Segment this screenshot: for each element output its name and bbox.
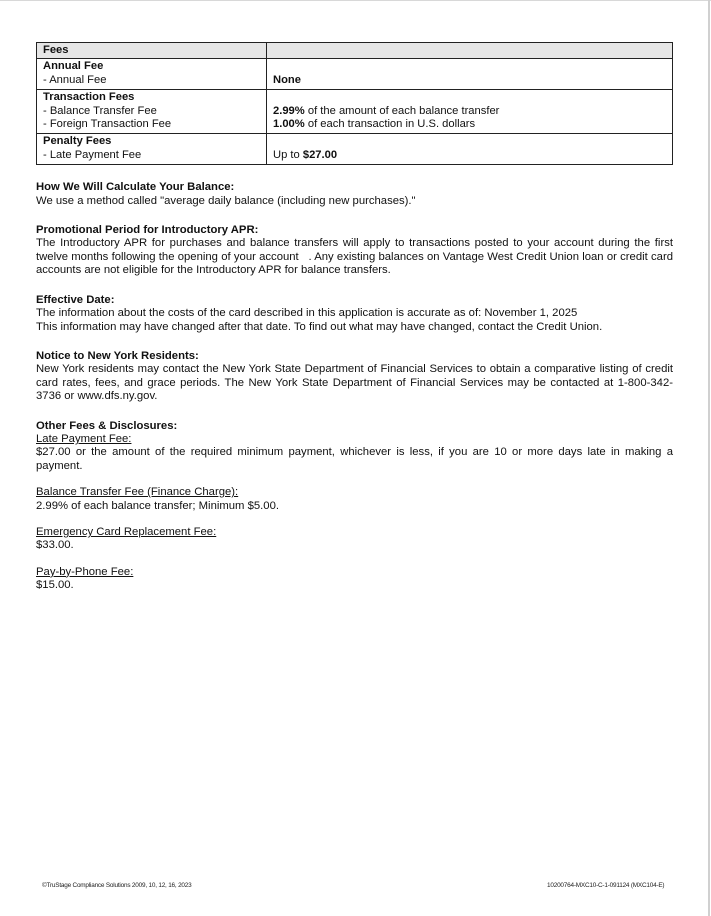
page-edge	[0, 0, 711, 1]
fee-value: 1.00% of each transaction in U.S. dollar…	[273, 118, 666, 131]
fees-table-header: Fees	[37, 43, 673, 59]
section-new-york-notice: Notice to New York Residents: New York r…	[36, 350, 673, 404]
section-text: The information about the costs of the c…	[36, 307, 673, 320]
section-heading: Effective Date:	[36, 294, 673, 307]
other-fee-item: Emergency Card Replacement Fee: $33.00.	[36, 526, 673, 553]
fees-header-label: Fees	[37, 43, 267, 59]
document-page: Fees Annual Fee - Annual Fee None Transa…	[36, 42, 673, 593]
fee-label: - Late Payment Fee	[43, 149, 260, 162]
fee-value: Up to $27.00	[273, 149, 666, 162]
page-edge-right	[708, 0, 710, 916]
fee-label: - Annual Fee	[43, 74, 260, 87]
other-fee-text: $27.00 or the amount of the required min…	[36, 446, 673, 473]
table-row-transaction-fees: Transaction Fees - Balance Transfer Fee …	[37, 90, 673, 134]
section-other-fees: Other Fees & Disclosures: Late Payment F…	[36, 420, 673, 593]
other-fee-title: Balance Transfer Fee (Finance Charge):	[36, 486, 673, 499]
other-fee-item: Balance Transfer Fee (Finance Charge): 2…	[36, 486, 673, 513]
other-fee-item: Pay-by-Phone Fee: $15.00.	[36, 566, 673, 593]
section-text: The Introductory APR for purchases and b…	[36, 237, 673, 277]
section-heading: Notice to New York Residents:	[36, 350, 673, 363]
section-heading: Other Fees & Disclosures:	[36, 420, 673, 433]
section-text: New York residents may contact the New Y…	[36, 363, 673, 403]
other-fee-title: Late Payment Fee:	[36, 433, 673, 446]
fees-header-value	[267, 43, 673, 59]
other-fee-item: Late Payment Fee: $27.00 or the amount o…	[36, 433, 673, 473]
other-fee-text: $15.00.	[36, 579, 673, 592]
other-fee-title: Emergency Card Replacement Fee:	[36, 526, 673, 539]
category-label: Penalty Fees	[43, 135, 260, 148]
fee-value: 2.99% of the amount of each balance tran…	[273, 105, 666, 118]
section-promotional-period: Promotional Period for Introductory APR:…	[36, 224, 673, 278]
fees-table: Fees Annual Fee - Annual Fee None Transa…	[36, 42, 673, 165]
footer-copyright: ©TruStage Compliance Solutions 2009, 10,…	[42, 882, 191, 889]
footer-form-number: 10200764-MXC10-C-1-091124 (MXC104-E)	[547, 882, 664, 889]
section-heading: Promotional Period for Introductory APR:	[36, 224, 673, 237]
fee-label: - Balance Transfer Fee	[43, 105, 260, 118]
other-fee-text: 2.99% of each balance transfer; Minimum …	[36, 500, 673, 513]
fee-label: - Foreign Transaction Fee	[43, 118, 260, 131]
other-fee-title: Pay-by-Phone Fee:	[36, 566, 673, 579]
category-label: Annual Fee	[43, 60, 260, 73]
section-text: We use a method called "average daily ba…	[36, 195, 673, 208]
section-effective-date: Effective Date: The information about th…	[36, 294, 673, 334]
table-row-annual-fee: Annual Fee - Annual Fee None	[37, 59, 673, 90]
fee-value: None	[273, 74, 666, 87]
section-heading: How We Will Calculate Your Balance:	[36, 181, 673, 194]
other-fee-text: $33.00.	[36, 539, 673, 552]
section-text: This information may have changed after …	[36, 321, 673, 334]
category-label: Transaction Fees	[43, 91, 260, 104]
table-row-penalty-fees: Penalty Fees - Late Payment Fee Up to $2…	[37, 134, 673, 165]
section-balance-calculation: How We Will Calculate Your Balance: We u…	[36, 181, 673, 208]
